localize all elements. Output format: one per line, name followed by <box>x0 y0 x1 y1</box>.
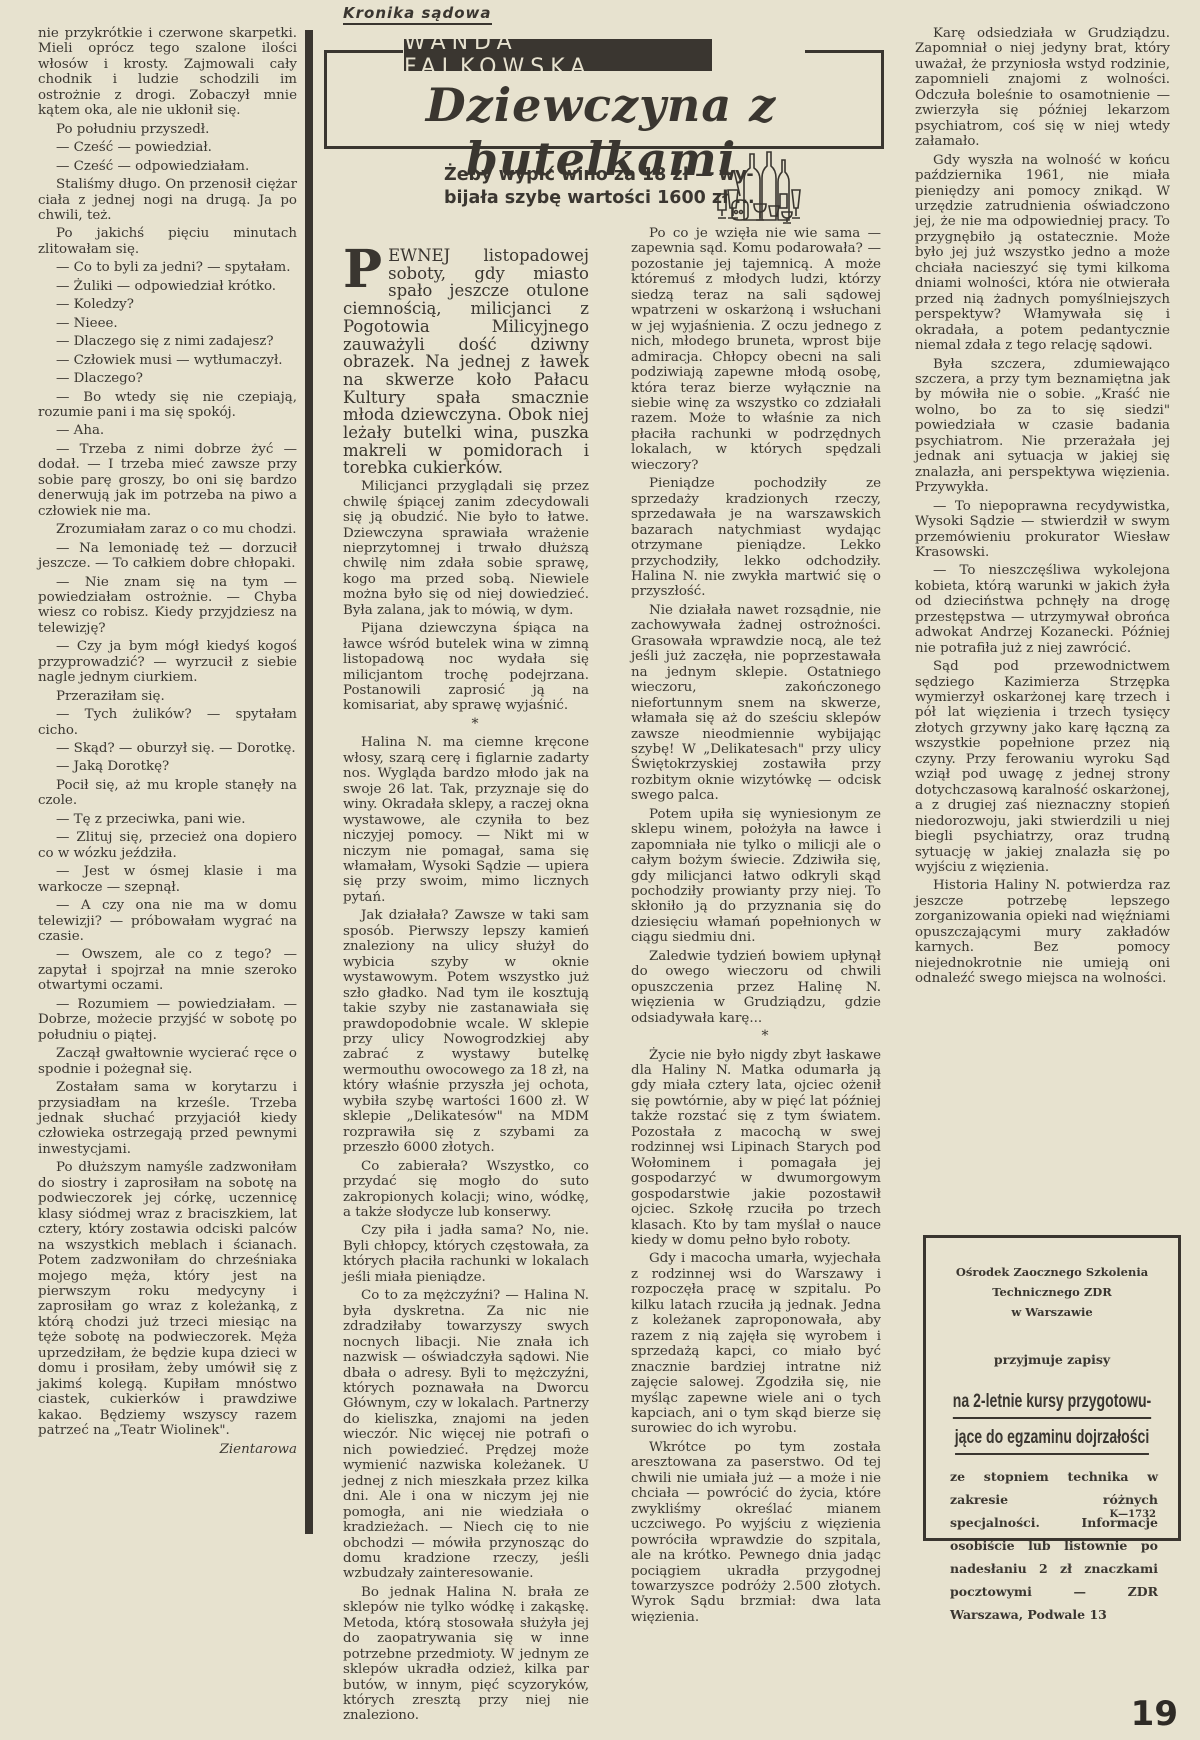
paragraph: Karę odsiedziała w Grudziądzu. Zapomniał… <box>915 26 1170 150</box>
paragraph: — Tę z przeciwka, pani wie. <box>38 812 297 827</box>
paragraph: — Żuliki — odpowiedział krótko. <box>38 279 297 294</box>
paragraph: Po co je wzięła nie wie sama — zapewnia … <box>631 226 881 473</box>
author-signature: Zientarowa <box>38 1442 297 1457</box>
ad-organization: Ośrodek Zaocznego Szkolenia Technicznego… <box>926 1262 1178 1322</box>
ad-enrollment: przyjmuje zapisy <box>926 1352 1178 1367</box>
paragraph: — A czy ona nie ma w domu telewizji? — p… <box>38 898 297 944</box>
paragraph: Życie nie było nigdy zbyt łaskawe dla Ha… <box>631 1048 881 1249</box>
paragraph: Gdy i macocha umarła, wyjechała z rodzin… <box>631 1251 881 1436</box>
article-column-3: Karę odsiedziała w Grudziądzu. Zapomniał… <box>915 26 1170 990</box>
paragraph: — Jest w ósmej klasie i ma warkocze — sz… <box>38 864 297 895</box>
paragraph: Nie działała nawet rozsądnie, nie zachow… <box>631 603 881 804</box>
paragraph: Pieniądze pochodziły ze sprzedaży kradzi… <box>631 476 881 600</box>
paragraph: — Dlaczego się z nimi zadajesz? <box>38 334 297 349</box>
paragraph: — Jaką Dorotkę? <box>38 759 297 774</box>
paragraph: — Owszem, ale co z tego? — zapytał i spo… <box>38 947 297 993</box>
paragraph: Zaczął gwałtownie wycierać ręce o spodni… <box>38 1046 297 1077</box>
paragraph: — Na lemoniadę też — dorzucił jeszcze. —… <box>38 541 297 572</box>
paragraph: — Trzeba z nimi dobrze żyć — dodał. — I … <box>38 442 297 519</box>
previous-story-column: nie przykrótkie i czerwone skarpetki. Mi… <box>38 26 297 1460</box>
section-separator: * <box>631 1029 881 1044</box>
paragraph: — Dlaczego? <box>38 371 297 386</box>
paragraph: — Człowiek musi — wytłumaczył. <box>38 353 297 368</box>
paragraph: Historia Haliny N. potwierdza raz jeszcz… <box>915 878 1170 986</box>
paragraph: — Zlituj się, przecież ona dopiero co w … <box>38 830 297 861</box>
paragraph: Czy piła i jadła sama? No, nie. Byli chł… <box>343 1223 589 1285</box>
paragraph: Pocił się, aż mu krople stanęły na czole… <box>38 778 297 809</box>
ad-course-title: na 2-letnie kursy przygotowu- jące do eg… <box>929 1389 1175 1461</box>
paragraph: — Skąd? — oburzył się. — Dorotkę. <box>38 741 297 756</box>
bottles-and-glasses-icon <box>714 150 806 226</box>
article-column-1: PEWNEJ listopadowej soboty, gdy miasto s… <box>343 247 589 1727</box>
paragraph: Zrozumiałam zaraz o co mu chodzi. <box>38 522 297 537</box>
paragraph: — Nieee. <box>38 316 297 331</box>
paragraph: Gdy wyszła na wolność w końcu październi… <box>915 153 1170 354</box>
section-separator: * <box>343 717 589 732</box>
paragraph: Przeraziłam się. <box>38 689 297 704</box>
paragraph: Po jakichś pięciu minutach zlitowałam si… <box>38 226 297 257</box>
paragraph: Co zabierała? Wszystko, co przydać się m… <box>343 1159 589 1221</box>
paragraph: Co to za mężczyźni? — Halina N. była dys… <box>343 1288 589 1582</box>
column-divider <box>305 30 313 1534</box>
ad-code: K—1732 <box>1109 1509 1156 1520</box>
page-number: 19 <box>1131 1694 1178 1734</box>
paragraph: — Nie znam się na tym — powiedziałam ost… <box>38 575 297 637</box>
article-column-2: Po co je wzięła nie wie sama — zapewnia … <box>631 226 881 1628</box>
paragraph: — To nieszczęśliwa wykolejona kobieta, k… <box>915 563 1170 656</box>
paragraph: Staliśmy długo. On przenosił ciężar ciał… <box>38 177 297 223</box>
magazine-page: nie przykrótkie i czerwone skarpetki. Mi… <box>0 0 1200 1740</box>
paragraph: Halina N. ma ciemne kręcone włosy, szarą… <box>343 735 589 905</box>
paragraph: Jak działała? Zawsze w taki sam sposób. … <box>343 908 589 1155</box>
ad-details: ze stopniem technika w zakresie różnych … <box>950 1465 1158 1626</box>
paragraph: — Co to byli za jedni? — spytałam. <box>38 260 297 275</box>
paragraph: Była szczera, zdumiewająco szczera, a pr… <box>915 357 1170 496</box>
paragraph: Po południu przyszedł. <box>38 122 297 137</box>
paragraph: Zaledwie tydzień bowiem upłynął do owego… <box>631 949 881 1026</box>
paragraph: — To niepoprawna recydywistka, Wysoki Są… <box>915 499 1170 561</box>
paragraph: Zostałam sama w korytarzu i przysiadłam … <box>38 1080 297 1157</box>
paragraph: — Rozumiem — powiedziałam. — Dobrze, moż… <box>38 997 297 1043</box>
opening-paragraph: PEWNEJ listopadowej soboty, gdy miasto s… <box>343 247 589 477</box>
paragraph: Po dłuższym namyśle zadzwoniłam do siost… <box>38 1160 297 1438</box>
section-header: Kronika sądowa <box>343 4 492 25</box>
paragraph: Pijana dziewczyna śpiąca na ławce wśród … <box>343 621 589 714</box>
paragraph: — Tych żulików? — spytałam cicho. <box>38 707 297 738</box>
author-name: WANDA FALKOWSKA <box>404 39 712 71</box>
drop-cap: P <box>343 249 382 291</box>
paragraph: Sąd pod przewodnictwem sędziego Kazimier… <box>915 659 1170 875</box>
paragraph: Wkrótce po tym została aresztowana za pa… <box>631 1440 881 1625</box>
paragraph: — Czy ja bym mógł kiedyś kogoś przyprowa… <box>38 639 297 685</box>
paragraph: — Cześć — powiedział. <box>38 140 297 155</box>
paragraph: — Bo wtedy się nie czepiają, rozumie pan… <box>38 390 297 421</box>
paragraph: Milicjanci przyglądali się przez chwilę … <box>343 479 589 618</box>
paragraph: — Aha. <box>38 423 297 438</box>
paragraph: Bo jednak Halina N. brała ze sklepów nie… <box>343 1585 589 1724</box>
advertisement-box: Ośrodek Zaocznego Szkolenia Technicznego… <box>923 1235 1181 1541</box>
paragraph: — Cześć — odpowiedziałam. <box>38 159 297 174</box>
paragraph: nie przykrótkie i czerwone skarpetki. Mi… <box>38 26 297 119</box>
paragraph: — Koledzy? <box>38 297 297 312</box>
paragraph: Potem upiła się wyniesionym ze sklepu wi… <box>631 807 881 946</box>
